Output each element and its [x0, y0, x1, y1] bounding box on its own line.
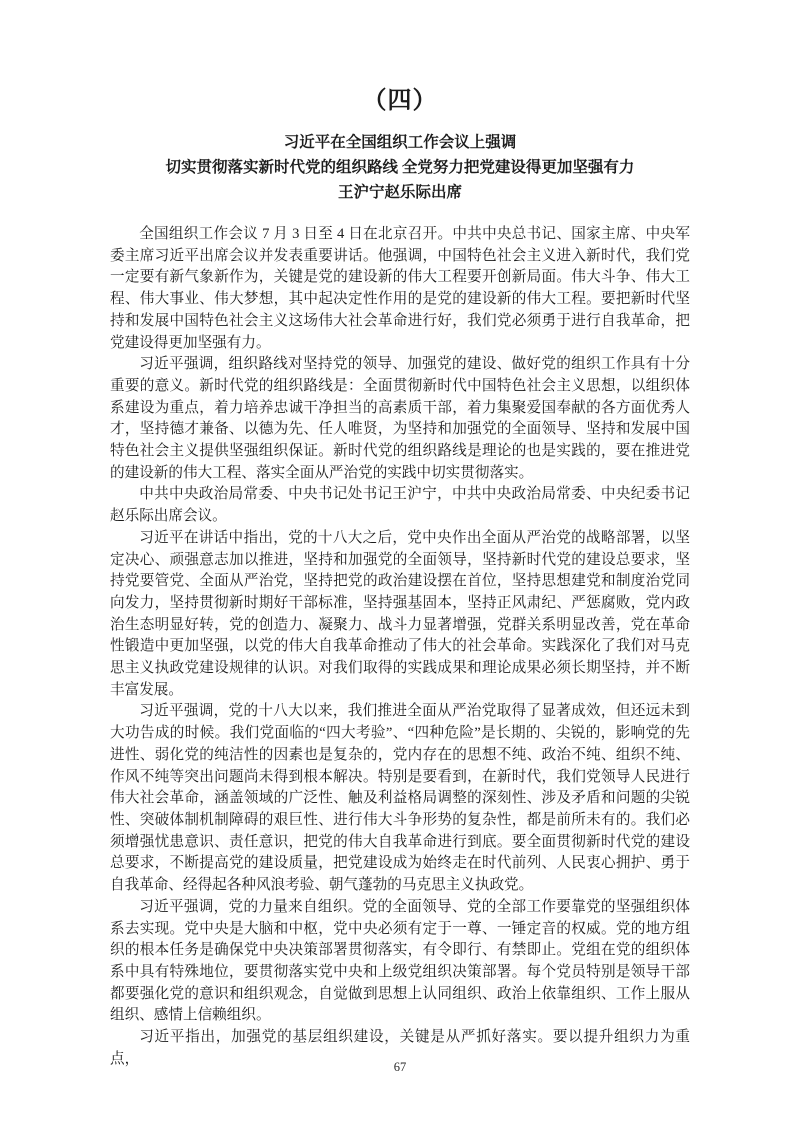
article-subtitle: 切实贯彻落实新时代党的组织路线 全党努力把党建设得更加坚强有力 — [110, 155, 690, 180]
paragraph-4: 习近平在讲话中指出，党的十八大之后，党中央作出全面从严治党的战略部署，以坚定决心… — [110, 528, 690, 702]
paragraph-6: 习近平强调，党的力量来自组织。党的全面领导、党的全部工作要靠党的坚强组织体系去实… — [110, 897, 690, 1027]
article-title: 习近平在全国组织工作会议上强调 — [110, 130, 690, 155]
page-number: 67 — [0, 1060, 800, 1075]
article-byline: 王沪宁赵乐际出席 — [110, 180, 690, 205]
section-heading: （四） — [110, 86, 690, 116]
paragraph-2: 习近平强调，组织路线对坚持党的领导、加强党的建设、做好党的组织工作具有十分重要的… — [110, 354, 690, 484]
paragraph-5: 习近平强调，党的十八大以来，我们推进全面从严治党取得了显著成效，但还远未到大功告… — [110, 701, 690, 896]
document-page: （四） 习近平在全国组织工作会议上强调 切实贯彻落实新时代党的组织路线 全党努力… — [0, 0, 800, 1133]
paragraph-3: 中共中央政治局常委、中央书记处书记王沪宁，中共中央政治局常委、中央纪委书记赵乐际… — [110, 484, 690, 527]
paragraph-1: 全国组织工作会议 7 月 3 日至 4 日在北京召开。中共中央总书记、国家主席、… — [110, 224, 690, 354]
article-body: 全国组织工作会议 7 月 3 日至 4 日在北京召开。中共中央总书记、国家主席、… — [110, 224, 690, 1070]
document-content: （四） 习近平在全国组织工作会议上强调 切实贯彻落实新时代党的组织路线 全党努力… — [0, 0, 800, 1070]
